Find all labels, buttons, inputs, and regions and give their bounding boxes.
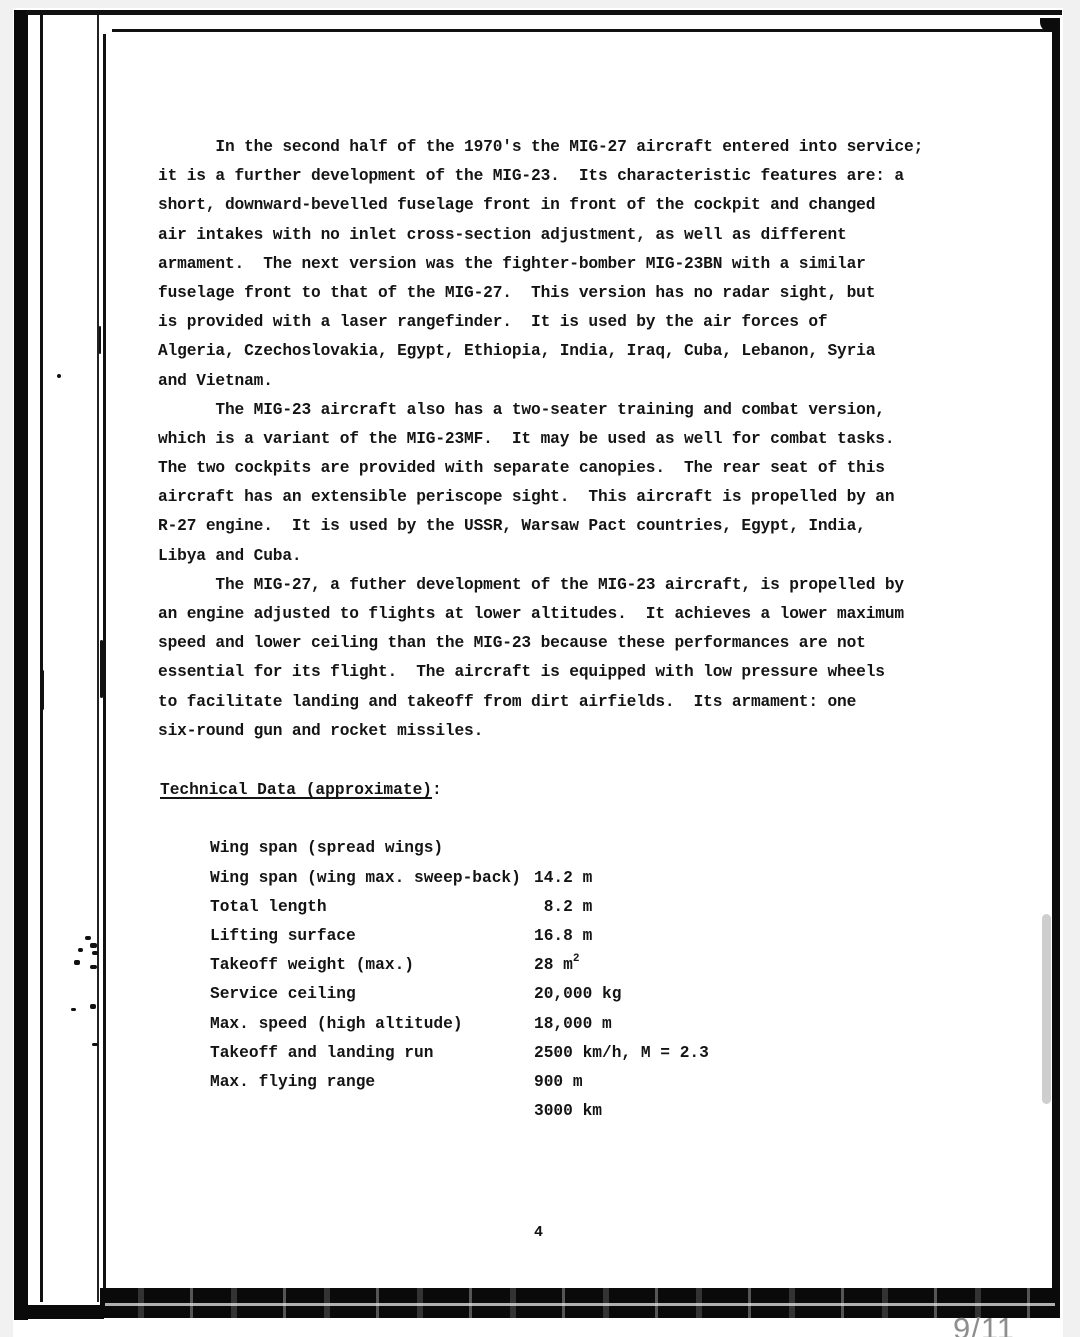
spec-value: 20,000 kg <box>534 980 621 1009</box>
text-line: Algeria, Czechoslovakia, Egypt, Ethiopia… <box>158 337 948 366</box>
text-line: fuselage front to that of the MIG-27. Th… <box>158 279 948 308</box>
spec-row: Takeoff and landing run 900 m <box>160 1010 442 1039</box>
text-line: Libya and Cuba. <box>158 542 948 571</box>
paragraph: The MIG-23 aircraft also has a two-seate… <box>158 396 948 571</box>
spec-value: 18,000 m <box>534 1010 612 1039</box>
spec-row: Takeoff weight (max.) 20,000 kg <box>160 922 442 951</box>
spec-value: 16.8 m <box>534 922 592 951</box>
spec-value-text: 2500 km/h, M = 2.3 <box>534 1044 709 1062</box>
spec-value-text: 16.8 m <box>534 927 592 945</box>
scan-speck <box>90 965 97 969</box>
page-number: 4 <box>534 1224 543 1241</box>
text-line: which is a variant of the MIG-23MF. It m… <box>158 425 948 454</box>
technical-data-section: Technical Data (approximate): Wing span … <box>160 776 442 1068</box>
text-line: it is a further development of the MIG-2… <box>158 162 948 191</box>
scan-border-top-inner <box>112 29 1052 32</box>
scan-speck <box>78 948 83 952</box>
spec-value: 28 m2 <box>534 951 579 980</box>
scan-border-bottom-stripe <box>105 1303 1055 1306</box>
spec-value-text: 28 m <box>534 956 573 974</box>
scan-speck <box>99 326 101 354</box>
scan-border-top <box>26 10 1062 15</box>
heading-colon: : <box>432 781 442 799</box>
scan-speck <box>90 943 97 948</box>
scan-border-inner-left <box>103 34 106 1296</box>
scan-speck <box>100 640 103 698</box>
spec-value: 14.2 m <box>534 864 592 893</box>
technical-data-heading: Technical Data (approximate): <box>160 776 442 805</box>
text-line: short, downward-bevelled fuselage front … <box>158 191 948 220</box>
spec-value: 3000 km <box>534 1097 602 1126</box>
scan-speck <box>57 374 61 378</box>
text-line: In the second half of the 1970's the MIG… <box>158 133 948 162</box>
spec-row: Wing span (wing max. sweep-back) 8.2 m <box>160 834 442 863</box>
scan-speck <box>71 1008 76 1011</box>
scan-border-line <box>40 12 43 1302</box>
text-line: The MIG-23 aircraft also has a two-seate… <box>158 396 948 425</box>
scan-speck <box>92 1043 98 1046</box>
text-line: is provided with a laser rangefinder. It… <box>158 308 948 337</box>
spec-value: 8.2 m <box>534 893 592 922</box>
text-line: The MIG-27, a futher development of the … <box>158 571 948 600</box>
text-line: essential for its flight. The aircraft i… <box>158 658 948 687</box>
spec-value-text: 20,000 kg <box>534 985 621 1003</box>
paragraph: In the second half of the 1970's the MIG… <box>158 133 948 396</box>
spec-value-text: 900 m <box>534 1073 583 1091</box>
scan-speck <box>92 951 98 955</box>
scan-border-line <box>97 12 99 1302</box>
text-line: aircraft has an extensible periscope sig… <box>158 483 948 512</box>
scan-speck <box>41 670 44 710</box>
text-line: armament. The next version was the fight… <box>158 250 948 279</box>
text-line: an engine adjusted to flights at lower a… <box>158 600 948 629</box>
text-line: and Vietnam. <box>158 367 948 396</box>
spec-row: Total length 16.8 m <box>160 864 442 893</box>
spec-row: Service ceiling 18,000 m <box>160 951 442 980</box>
spec-row: Max. flying range 3000 km <box>160 1039 442 1068</box>
text-line: six-round gun and rocket missiles. <box>158 717 948 746</box>
scan-speck <box>74 960 80 965</box>
spec-value-text: 3000 km <box>534 1102 602 1120</box>
document-viewer: In the second half of the 1970's the MIG… <box>0 0 1080 1337</box>
scrollbar-thumb[interactable] <box>1042 914 1051 1104</box>
spec-label: Max. flying range <box>210 1068 375 1097</box>
spec-value-text: 18,000 m <box>534 1015 612 1033</box>
text-line: to facilitate landing and takeoff from d… <box>158 688 948 717</box>
text-line: R-27 engine. It is used by the USSR, War… <box>158 512 948 541</box>
scan-border-left <box>14 10 28 1320</box>
scan-speck <box>90 1004 96 1009</box>
text-line: The two cockpits are provided with separ… <box>158 454 948 483</box>
spec-value: 2500 km/h, M = 2.3 <box>534 1039 709 1068</box>
spec-value: 900 m <box>534 1068 583 1097</box>
spec-row: Wing span (spread wings) 14.2 m <box>160 805 442 834</box>
spec-value-text: 14.2 m <box>534 869 592 887</box>
document-body: In the second half of the 1970's the MIG… <box>158 133 948 746</box>
page-indicator: 9/11 <box>953 1313 1015 1337</box>
spec-row: Max. speed (high altitude) 2500 km/h, M … <box>160 980 442 1009</box>
text-line: air intakes with no inlet cross-section … <box>158 221 948 250</box>
text-line: speed and lower ceiling than the MIG-23 … <box>158 629 948 658</box>
spec-row: Lifting surface 28 m2 <box>160 893 442 922</box>
scan-border-bottom-left <box>14 1305 104 1319</box>
scan-speck <box>85 936 91 940</box>
spec-value-sup: 2 <box>573 953 580 965</box>
scrollbar[interactable] <box>1040 0 1054 1337</box>
spec-value-text: 8.2 m <box>534 898 592 916</box>
heading-text: Technical Data (approximate) <box>160 781 432 799</box>
paragraph: The MIG-27, a futher development of the … <box>158 571 948 746</box>
